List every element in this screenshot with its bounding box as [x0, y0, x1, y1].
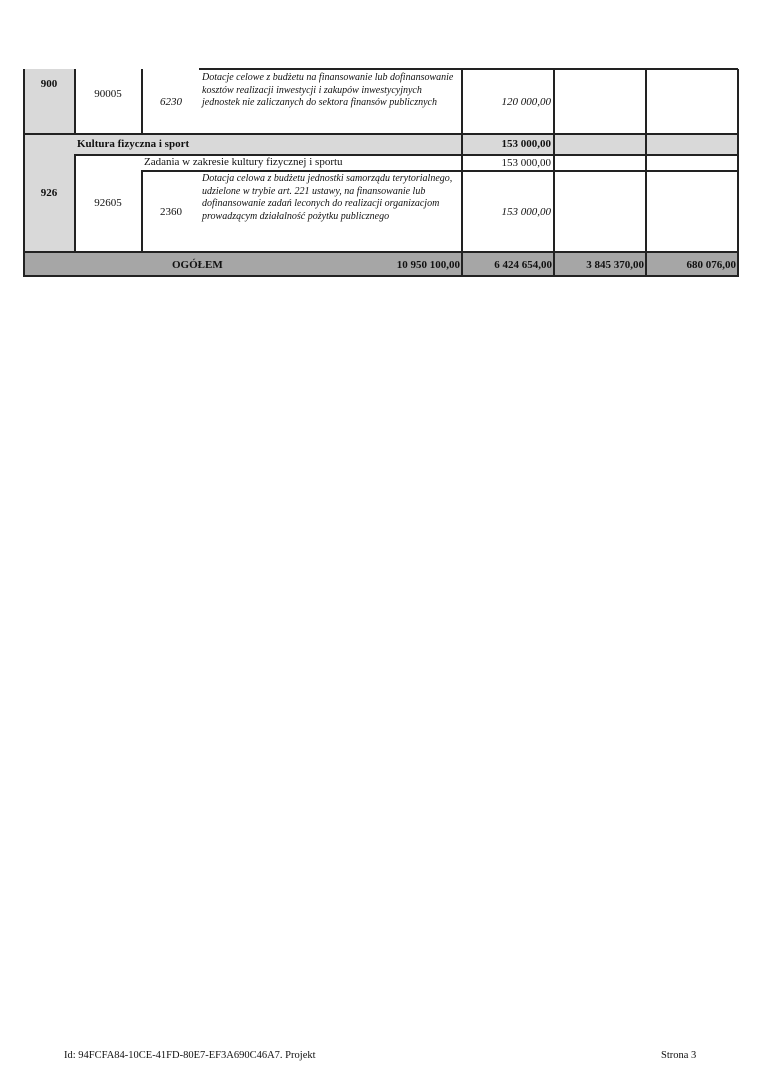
total-value-0: 10 950 100,00 — [340, 259, 460, 272]
dzial-name: Kultura fizyczna i sport — [77, 138, 189, 151]
paragraf-code: 6230 — [143, 96, 199, 109]
dzial-926-cell-bg — [23, 155, 74, 252]
row-description: Dotacje celowe z budżetu na finansowanie… — [202, 72, 458, 110]
page-number: Strona 3 — [661, 1050, 696, 1061]
rozdzial-name: Zadania w zakresie kultury fizycznej i s… — [144, 156, 343, 169]
rozdzial-code: 92605 — [75, 197, 141, 210]
total-value-3: 680 076,00 — [647, 259, 736, 272]
total-label: OGÓŁEM — [172, 259, 223, 272]
rozdzial-value-col1: 153 000,00 — [463, 157, 551, 170]
paragraf-code: 2360 — [143, 206, 199, 219]
row-description: Dotacja celowa z budżetu jednostki samor… — [202, 173, 458, 223]
value-col1: 120 000,00 — [463, 96, 551, 109]
dzial-code: 926 — [24, 187, 74, 200]
dzial-value-col1: 153 000,00 — [463, 138, 551, 151]
total-value-1: 6 424 654,00 — [463, 259, 552, 272]
total-value-2: 3 845 370,00 — [555, 259, 644, 272]
rozdzial-code: 90005 — [75, 88, 141, 101]
value-col1: 153 000,00 — [463, 206, 551, 219]
document-id: Id: 94FCFA84-10CE-41FD-80E7-EF3A690C46A7… — [64, 1050, 316, 1061]
dzial-code: 900 — [24, 78, 74, 91]
